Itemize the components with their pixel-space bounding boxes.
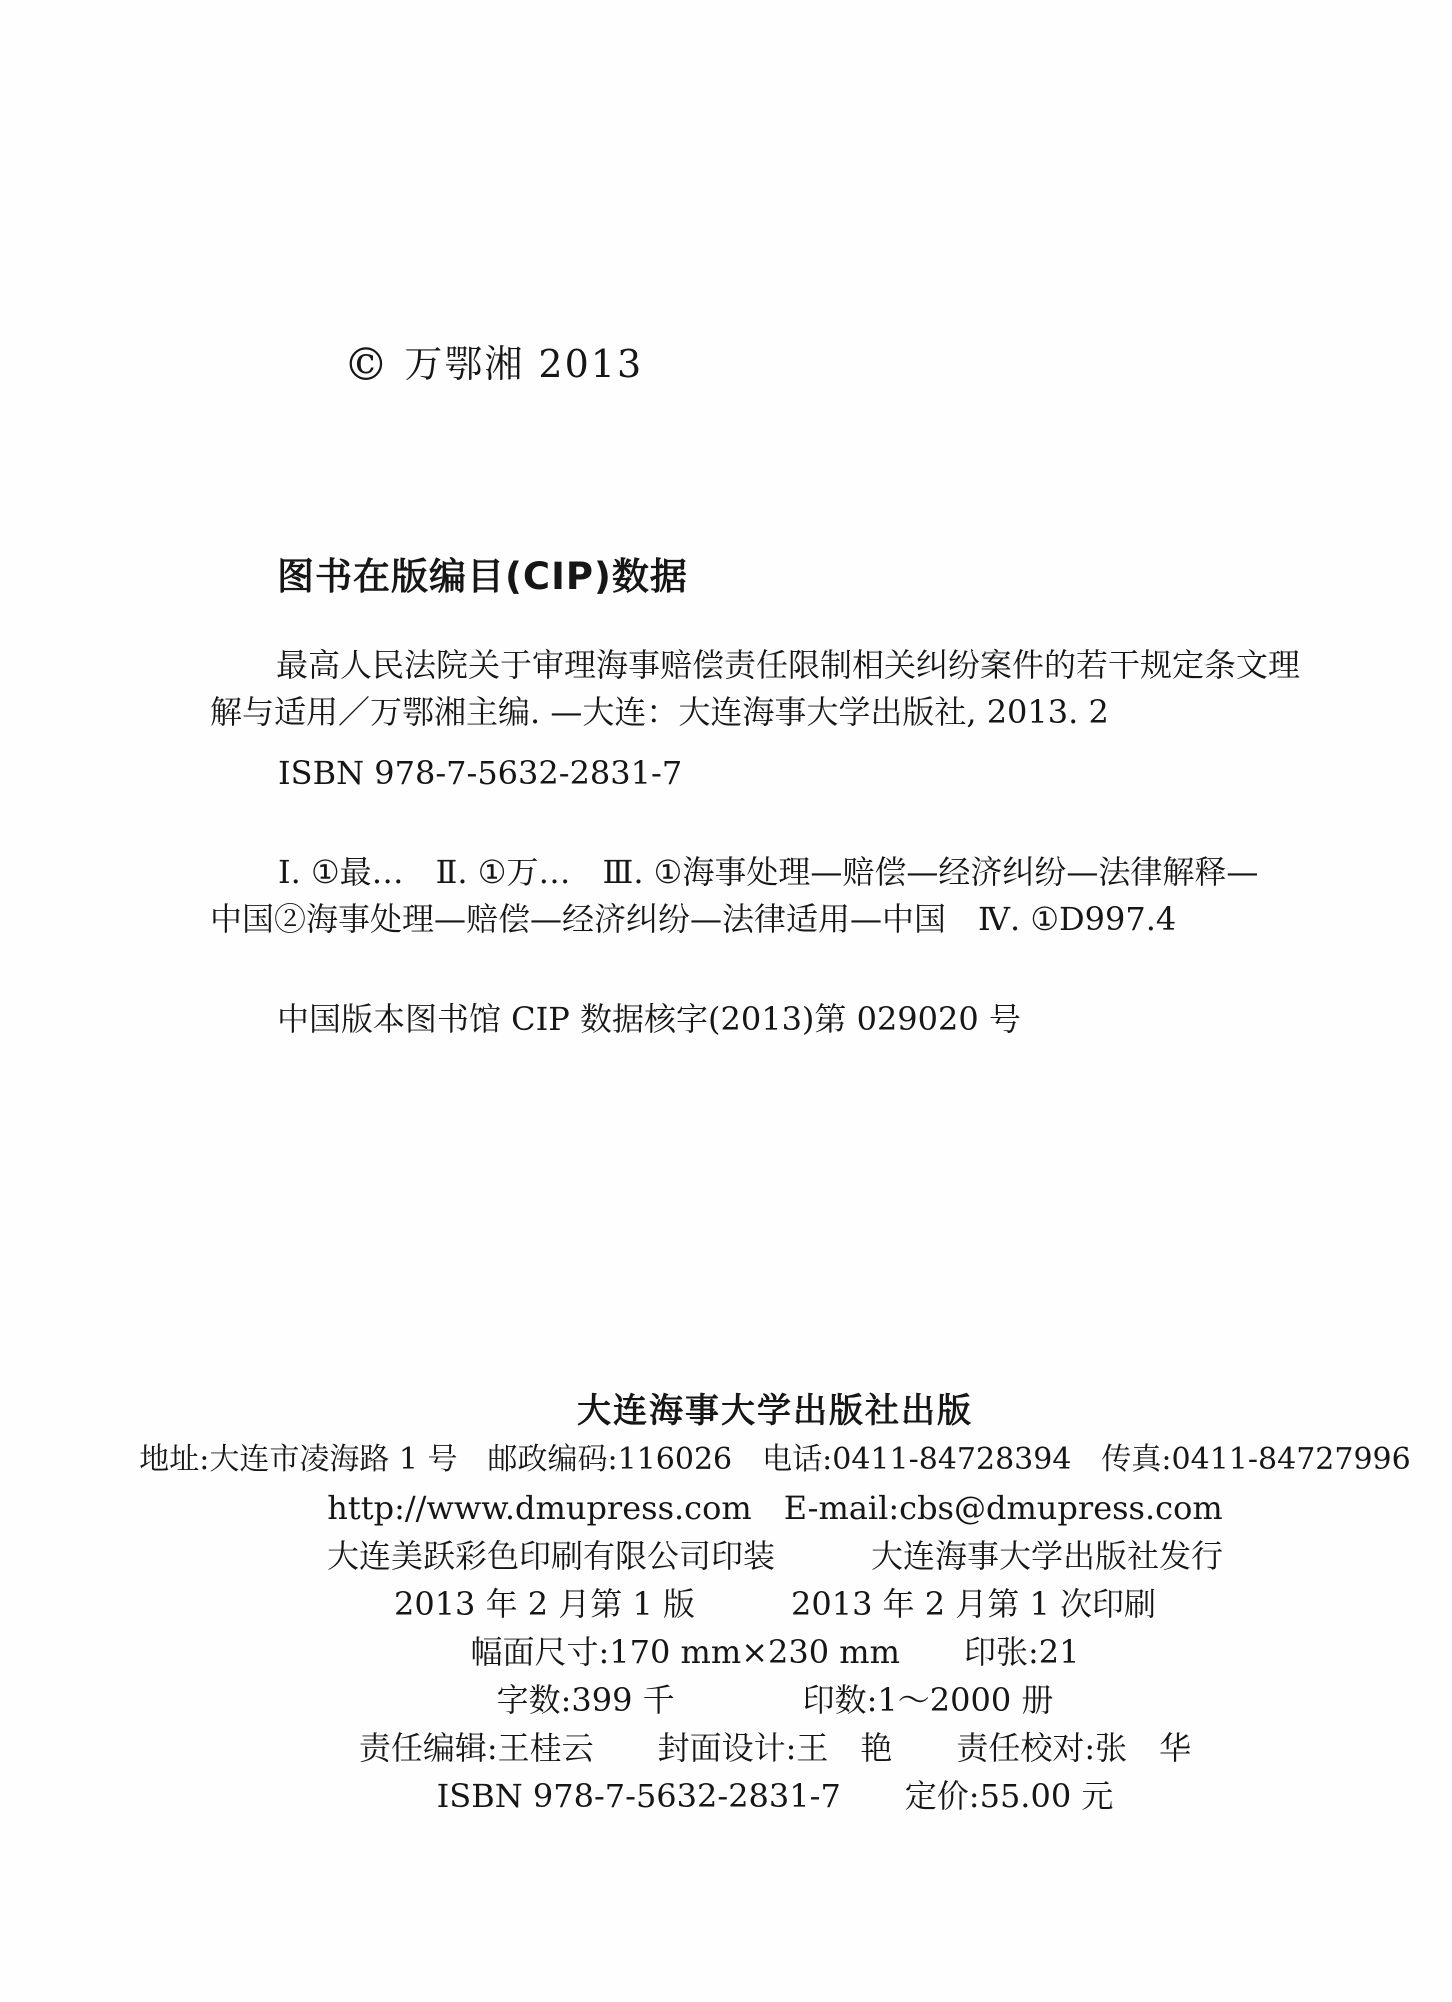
colophon-address: 地址:大连市凌海路 1 号 邮政编码:116026 电话:0411-847283… <box>95 1436 1452 1484</box>
colophon-block: 大连海事大学出版社出版 地址:大连市凌海路 1 号 邮政编码:116026 电话… <box>95 1386 1452 1820</box>
book-copyright-page: ©万鄂湘 2013 图书在版编目(CIP)数据 最高人民法院关于审理海事赔偿责任… <box>0 0 1452 2002</box>
colophon-publisher: 大连海事大学出版社出版 <box>95 1386 1452 1436</box>
copyright-symbol: © <box>343 338 390 391</box>
cip-heading: 图书在版编目(CIP)数据 <box>277 546 688 600</box>
colophon-wordcount: 字数:399 千 印数:1～2000 册 <box>95 1676 1452 1724</box>
cip-isbn-line: ISBN 978-7-5632-2831-7 <box>210 750 1370 797</box>
colophon-printing: 大连美跃彩色印刷有限公司印装 大连海事大学出版社发行 <box>95 1532 1452 1580</box>
colophon-editors: 责任编辑:王桂云 封面设计:王 艳 责任校对:张 华 <box>95 1724 1452 1772</box>
cip-classification: Ⅰ. ①最… Ⅱ. ①万… Ⅲ. ①海事处理—赔偿—经济纠纷—法律解释— 中国②… <box>210 849 1390 943</box>
colophon-website: http://www.dmupress.com E-mail:cbs@dmupr… <box>95 1484 1452 1532</box>
cip-registry-line: 中国版本图书馆 CIP 数据核字(2013)第 029020 号 <box>277 994 1021 1040</box>
copyright-notice: ©万鄂湘 2013 <box>287 289 643 435</box>
colophon-isbn-price: ISBN 978-7-5632-2831-7 定价:55.00 元 <box>95 1772 1452 1820</box>
cip-record-paragraph: 最高人民法院关于审理海事赔偿责任限制相关纠纷案件的若干规定条文理 解与适用／万鄂… <box>210 642 1370 797</box>
cip-record-line-1: 最高人民法院关于审理海事赔偿责任限制相关纠纷案件的若干规定条文理 <box>210 642 1370 689</box>
cip-classification-line-2: 中国②海事处理—赔偿—经济纠纷—法律适用—中国 Ⅳ. ①D997.4 <box>210 896 1390 943</box>
copyright-holder: 万鄂湘 2013 <box>404 342 643 386</box>
colophon-format: 幅面尺寸:170 mm×230 mm 印张:21 <box>95 1628 1452 1676</box>
cip-classification-line-1: Ⅰ. ①最… Ⅱ. ①万… Ⅲ. ①海事处理—赔偿—经济纠纷—法律解释— <box>210 849 1390 896</box>
colophon-edition: 2013 年 2 月第 1 版 2013 年 2 月第 1 次印刷 <box>95 1580 1452 1628</box>
cip-record-line-2: 解与适用／万鄂湘主编. —大连：大连海事大学出版社, 2013. 2 <box>210 689 1370 736</box>
